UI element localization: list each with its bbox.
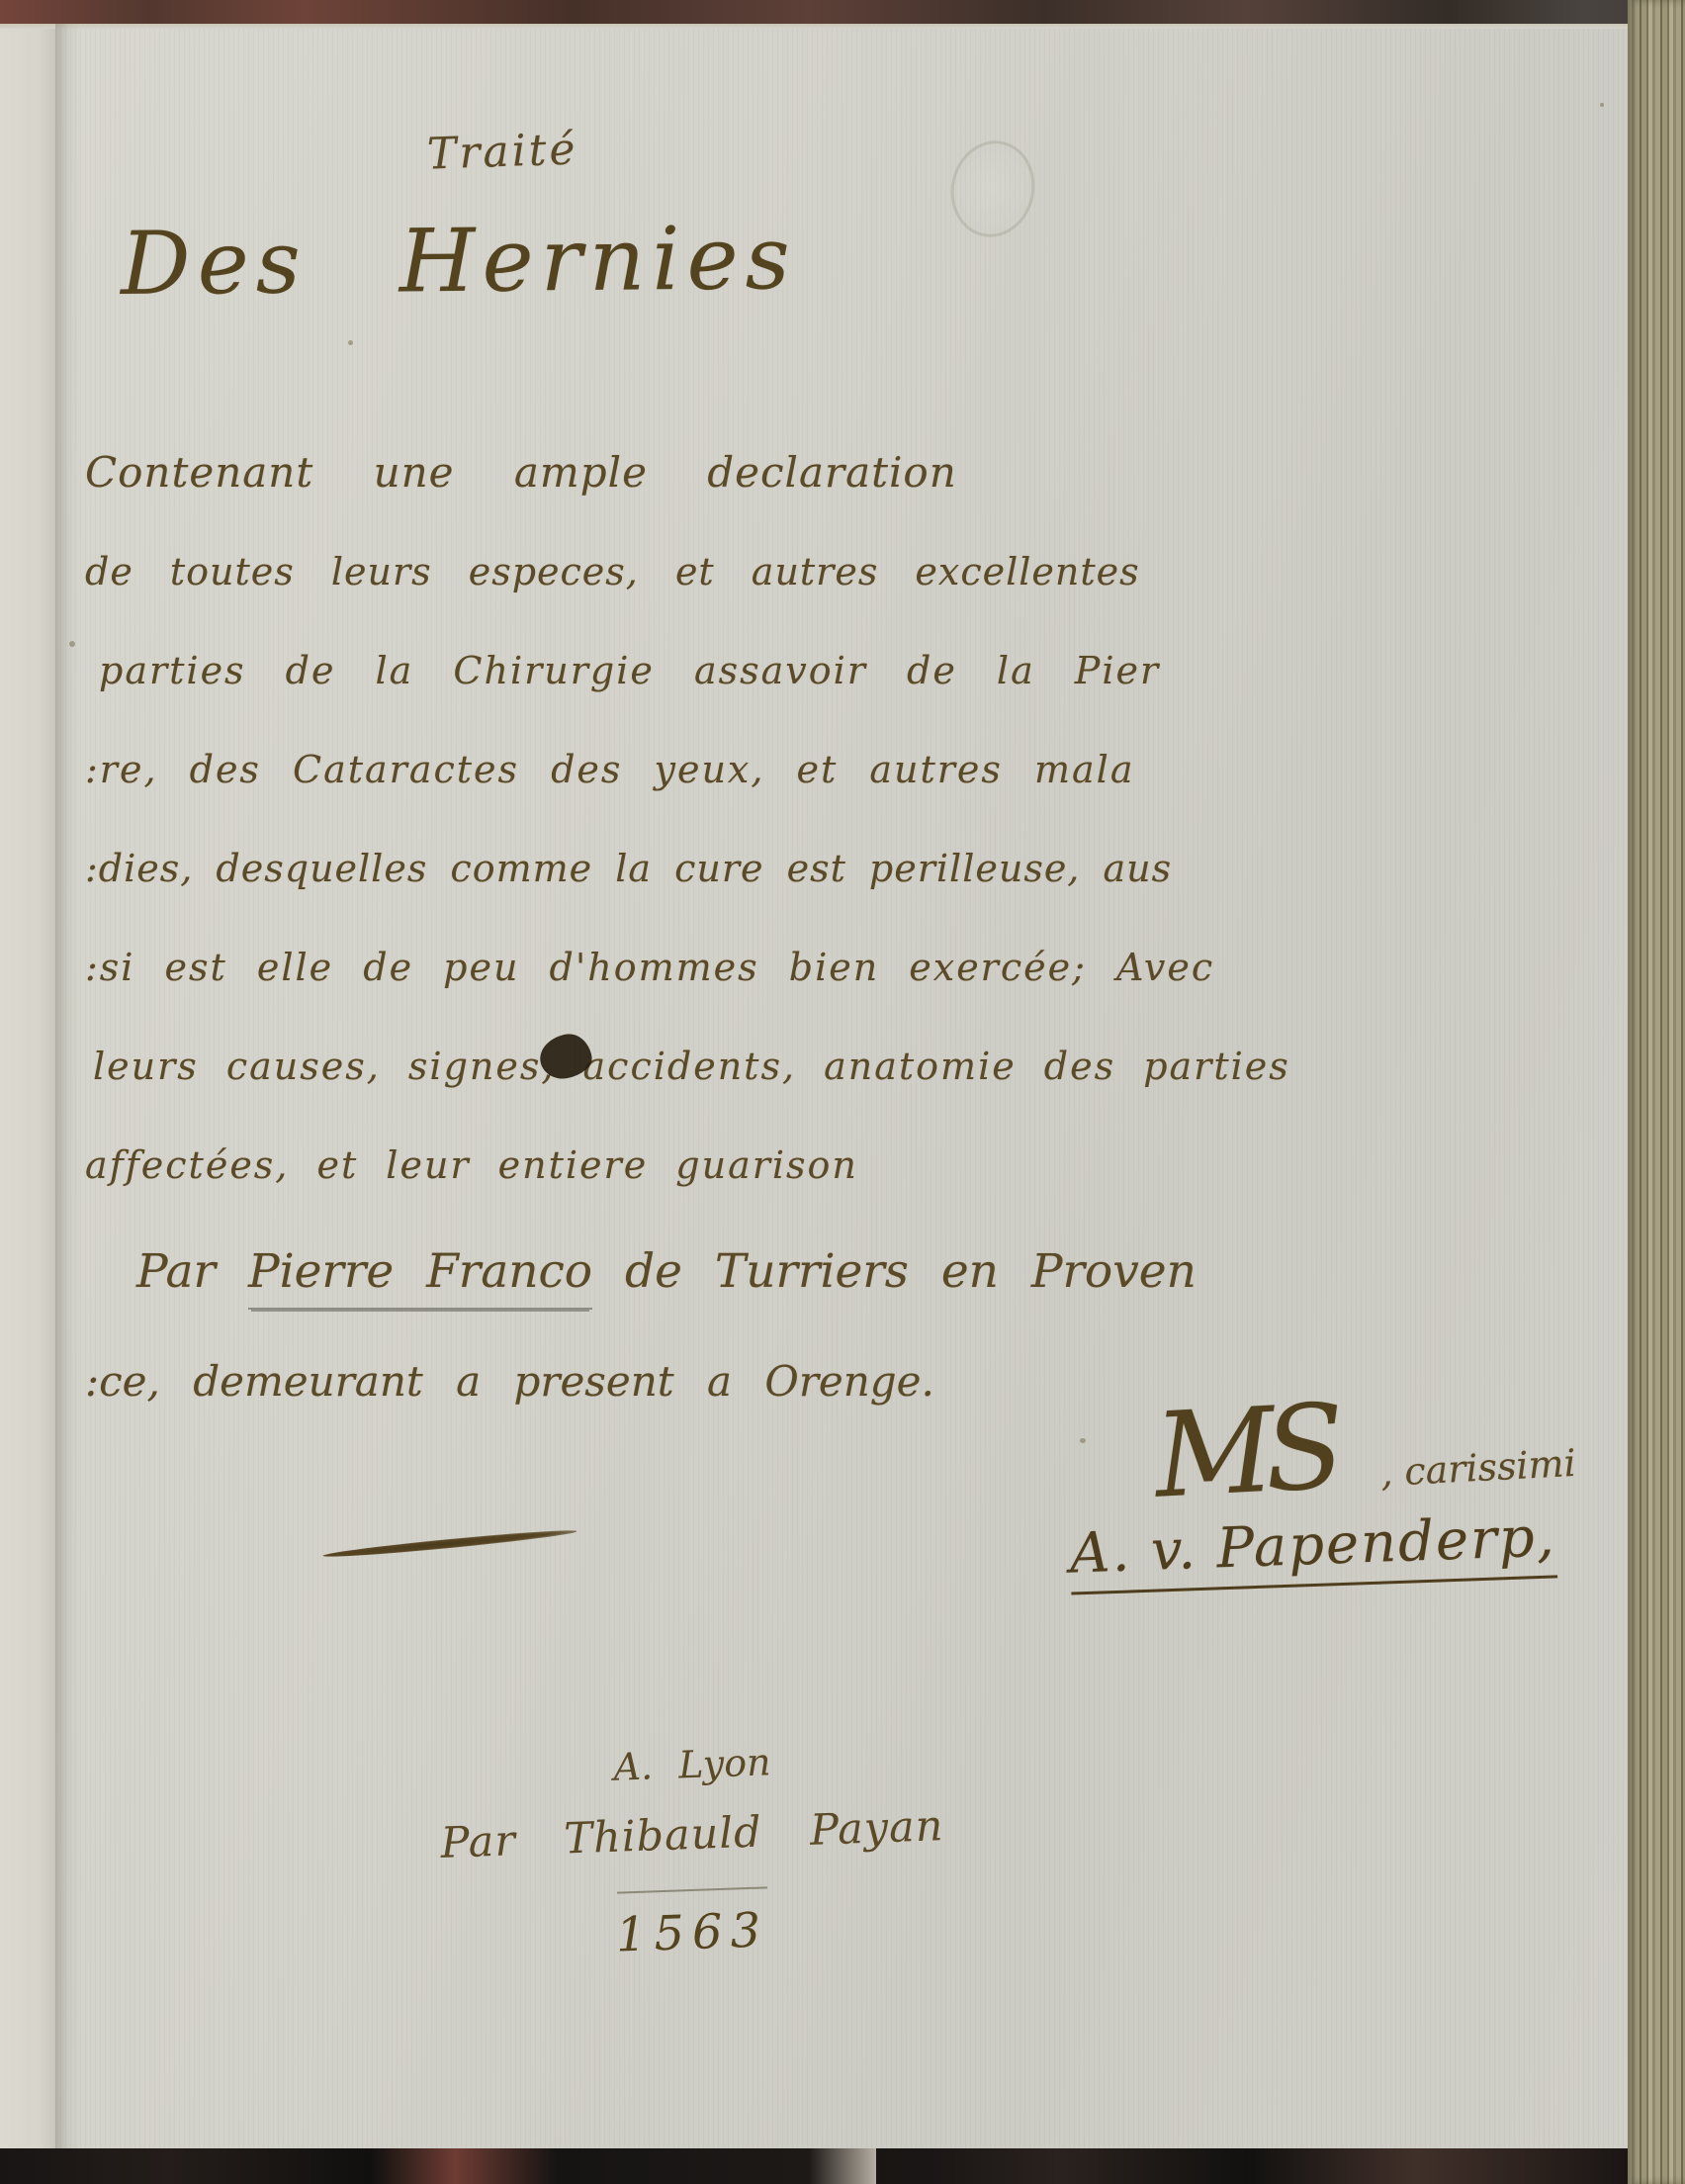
owner-monogram: MS <box>1152 1378 1339 1523</box>
page-title: Des Hernies <box>121 207 798 315</box>
paper-speck <box>1600 103 1604 107</box>
binding-top-edge <box>0 0 1685 24</box>
binding-bottom-edge <box>0 2148 1685 2184</box>
subtitle-line: :re, des Cataractes des yeux, et autres … <box>85 720 1410 819</box>
page-stack-edge <box>1628 0 1685 2184</box>
subtitle-line: Contenant une ample declaration <box>85 423 1410 522</box>
subtitle-line: :si est elle de peu d'hommes bien exercé… <box>85 918 1410 1017</box>
subtitle-line: :dies, desquelles comme la cure est peri… <box>85 819 1410 918</box>
imprint-rule <box>617 1886 767 1893</box>
manuscript-photo: Traité Des Hernies Contenant une ample d… <box>0 0 1685 2184</box>
byline-suffix: de Turriers en Proven <box>592 1244 1197 1299</box>
subtitle-line: de toutes leurs especes, et autres excel… <box>85 522 1410 621</box>
header-word: Traité <box>426 124 578 179</box>
imprint-block: A. Lyon Par Thibauld Payan 1563 <box>297 1743 1088 1960</box>
gutter-fold-shadow <box>55 0 81 2184</box>
paper-speck <box>1080 1438 1086 1443</box>
imprint-publisher: Par Thibauld Payan <box>296 1796 1088 1873</box>
subtitle-line: leurs causes, signes, accidents, anatomi… <box>85 1017 1410 1116</box>
subtitle-line: affectées, et leur entiere guarison <box>85 1116 1410 1215</box>
paper-speck <box>348 340 353 345</box>
paper-speck <box>69 641 75 647</box>
byline-prefix: Par <box>136 1244 248 1299</box>
left-page-margin <box>0 0 55 2184</box>
subtitle-line: parties de la Chirurgie assavoir de la P… <box>85 621 1410 720</box>
author-name-underlined: Pierre Franco <box>248 1244 592 1310</box>
author-byline: Par Pierre Franco de Turriers en Proven <box>136 1244 1197 1299</box>
author-byline-continuation: :ce, demeurant a present a Orenge. <box>85 1357 934 1406</box>
subtitle-paragraph: Contenant une ample declaration de toute… <box>85 423 1410 1215</box>
